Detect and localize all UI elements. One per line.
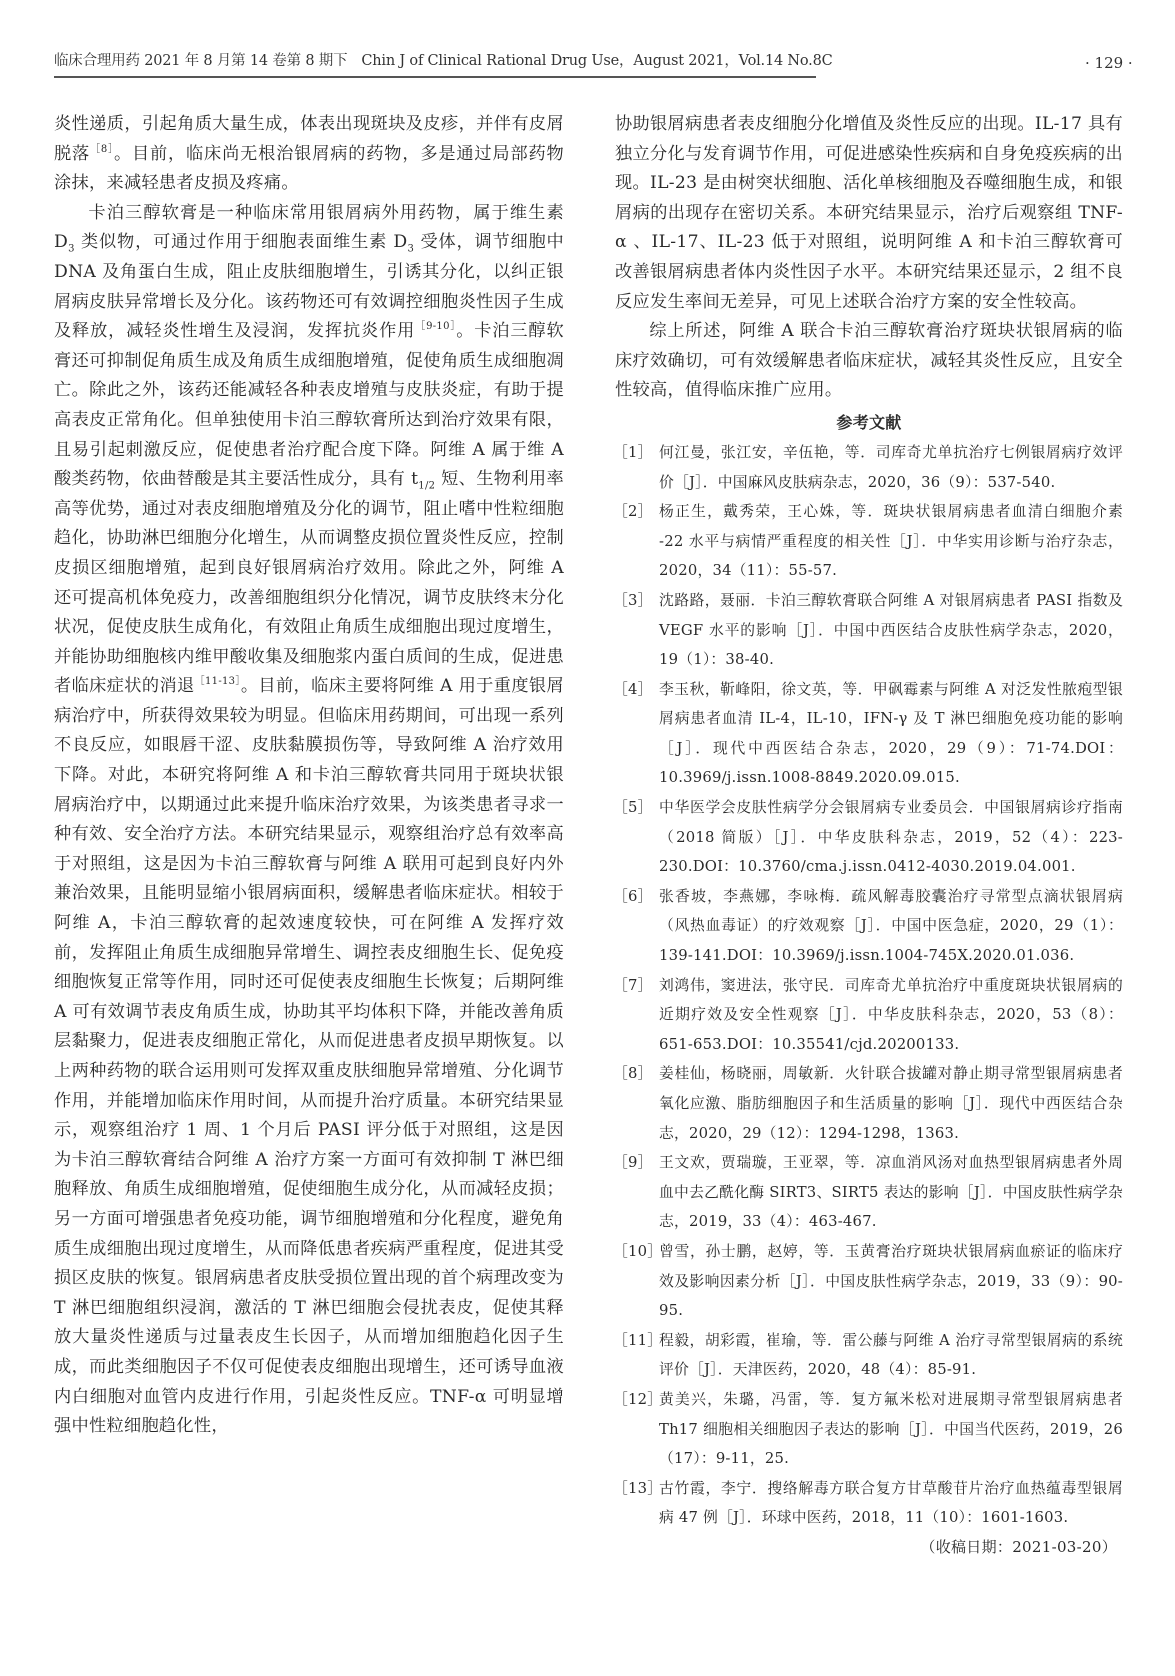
left-column: 炎性递质，引起角质大量生成，体表出现斑块及皮疹，并伴有皮屑脱落［8］。目前，临床…	[54, 110, 564, 1442]
reference-text: 沈路路，聂丽．卡泊三醇软膏联合阿维 A 对银屑病患者 PASI 指数及 VEGF…	[659, 592, 1123, 668]
received-date: （收稿日期：2021-03-20）	[615, 1533, 1123, 1561]
reference-number: ［12］	[613, 1385, 662, 1415]
reference-item: ［11］程毅，胡彩霞，崔瑜，等．雷公藤与阿维 A 治疗寻常型银屑病的系统评价［J…	[615, 1326, 1123, 1385]
reference-number: ［8］	[613, 1059, 653, 1089]
right-column: 协助银屑病患者表皮细胞分化增值及炎性反应的出现。IL-17 具有独立分化与发育调…	[615, 110, 1123, 1561]
paragraph-text: 。卡泊三醇软膏还可抑制促角质生成及角质生成细胞增殖，促使角质生成细胞凋亡。除此之…	[54, 321, 564, 489]
paragraph-text: 。目前，临床尚无根治银屑病的药物，多是通过局部药物涂抹，来减轻患者皮损及疼痛。	[54, 144, 564, 194]
reference-text: 李玉秋，靳峰阳，徐文英，等．甲砜霉素与阿维 A 对泛发性脓疱型银屑病患者血清 I…	[659, 681, 1123, 787]
paragraph-text: 。目前，临床主要将阿维 A 用于重度银屑病治疗中，所获得效果较为明显。但临床用药…	[54, 676, 564, 1436]
reference-number: ［2］	[613, 497, 653, 527]
reference-item: ［13］古竹霞，李宁．搜络解毒方联合复方甘草酸苷片治疗血热蕴毒型银屑病 47 例…	[615, 1474, 1123, 1533]
reference-number: ［11］	[613, 1326, 662, 1356]
subscript: 1/2	[418, 481, 435, 492]
subscript: 3	[68, 244, 75, 255]
reference-item: ［7］刘鸿伟，窦进法，张守民．司库奇尤单抗治疗中重度斑块状银屑病的近期疗效及安全…	[615, 971, 1123, 1060]
reference-number: ［5］	[613, 793, 653, 823]
page-number: · 129 ·	[1085, 54, 1133, 72]
body-paragraph: 协助银屑病患者表皮细胞分化增值及炎性反应的出现。IL-17 具有独立分化与发育调…	[615, 110, 1123, 317]
reference-item: ［12］黄美兴，朱璐，冯雷，等．复方氟米松对进展期寻常型银屑病患者 Th17 细…	[615, 1385, 1123, 1474]
reference-text: 何江曼，张江安，辛伍艳，等．司库奇尤单抗治疗七例银屑病疗效评价［J］．中国麻风皮…	[659, 444, 1123, 491]
body-paragraph: 炎性递质，引起角质大量生成，体表出现斑块及皮疹，并伴有皮屑脱落［8］。目前，临床…	[54, 110, 564, 199]
reference-text: 姜桂仙，杨晓丽，周敏新．火针联合拔罐对静止期寻常型银屑病患者氧化应激、脂肪细胞因…	[659, 1065, 1123, 1141]
reference-item: ［10］曾雪，孙士鹏，赵婷，等．玉黄膏治疗斑块状银屑病血瘀证的临床疗效及影响因素…	[615, 1237, 1123, 1326]
running-header: 临床合理用药 2021 年 8 月第 14 卷第 8 期下Chin J of C…	[54, 51, 816, 78]
reference-item: ［2］杨正生，戴秀荣，王心姝，等．斑块状银屑病患者血清白细胞介素 -22 水平与…	[615, 497, 1123, 586]
reference-number: ［6］	[613, 882, 653, 912]
paragraph-text: 类似物，可通过作用于细胞表面维生素 D	[75, 232, 408, 252]
references-title: 参考文献	[615, 408, 1123, 438]
reference-number: ［13］	[613, 1474, 662, 1504]
reference-item: ［1］何江曼，张江安，辛伍艳，等．司库奇尤单抗治疗七例银屑病疗效评价［J］．中国…	[615, 438, 1123, 497]
reference-number: ［7］	[613, 971, 653, 1001]
reference-text: 古竹霞，李宁．搜络解毒方联合复方甘草酸苷片治疗血热蕴毒型银屑病 47 例［J］．…	[659, 1480, 1123, 1527]
references-list: ［1］何江曼，张江安，辛伍艳，等．司库奇尤单抗治疗七例银屑病疗效评价［J］．中国…	[615, 438, 1123, 1533]
body-paragraph: 卡泊三醇软膏是一种临床常用银屑病外用药物，属于维生素 D3 类似物，可通过作用于…	[54, 199, 564, 1442]
reference-item: ［4］李玉秋，靳峰阳，徐文英，等．甲砜霉素与阿维 A 对泛发性脓疱型银屑病患者血…	[615, 675, 1123, 793]
journal-title-cn: 临床合理用药 2021 年 8 月第 14 卷第 8 期下	[54, 53, 347, 69]
paragraph-text: 协助银屑病患者表皮细胞分化增值及炎性反应的出现。IL-17 具有独立分化与发育调…	[615, 114, 1123, 312]
right-body-text: 协助银屑病患者表皮细胞分化增值及炎性反应的出现。IL-17 具有独立分化与发育调…	[615, 110, 1123, 406]
reference-item: ［8］姜桂仙，杨晓丽，周敏新．火针联合拔罐对静止期寻常型银屑病患者氧化应激、脂肪…	[615, 1059, 1123, 1148]
reference-text: 曾雪，孙士鹏，赵婷，等．玉黄膏治疗斑块状银屑病血瘀证的临床疗效及影响因素分析［J…	[659, 1243, 1123, 1319]
reference-text: 程毅，胡彩霞，崔瑜，等．雷公藤与阿维 A 治疗寻常型银屑病的系统评价［J］．天津…	[659, 1332, 1123, 1379]
reference-text: 张香坡，李燕娜，李咏梅．疏风解毒胶囊治疗寻常型点滴状银屑病（风热血毒证）的疗效观…	[659, 888, 1123, 964]
paragraph-text: 综上所述，阿维 A 联合卡泊三醇软膏治疗斑块状银屑病的临床疗效确切，可有效缓解患…	[615, 321, 1123, 400]
reference-number: ［9］	[613, 1148, 653, 1178]
citation-marker: ［9-10］	[415, 321, 456, 332]
reference-number: ［10］	[613, 1237, 662, 1267]
body-paragraph: 综上所述，阿维 A 联合卡泊三醇软膏治疗斑块状银屑病的临床疗效确切，可有效缓解患…	[615, 317, 1123, 406]
reference-text: 黄美兴，朱璐，冯雷，等．复方氟米松对进展期寻常型银屑病患者 Th17 细胞相关细…	[659, 1391, 1123, 1467]
reference-number: ［4］	[613, 675, 653, 705]
reference-number: ［3］	[613, 586, 653, 616]
reference-text: 杨正生，戴秀荣，王心姝，等．斑块状银屑病患者血清白细胞介素 -22 水平与病情严…	[659, 503, 1123, 579]
journal-title-en: Chin J of Clinical Rational Drug Use，Aug…	[361, 53, 832, 69]
citation-marker: ［8］	[90, 144, 114, 155]
reference-number: ［1］	[613, 438, 653, 468]
reference-item: ［9］王文欢，贾瑞璇，王亚翠，等．凉血消风汤对血热型银屑病患者外周血中去乙酰化酶…	[615, 1148, 1123, 1237]
reference-text: 刘鸿伟，窦进法，张守民．司库奇尤单抗治疗中重度斑块状银屑病的近期疗效及安全性观察…	[659, 977, 1123, 1053]
paragraph-text: 短、生物利用率高等优势，通过对表皮细胞增殖及分化的调节，阻止嗜中性粒细胞趋化，协…	[54, 469, 564, 696]
reference-text: 王文欢，贾瑞璇，王亚翠，等．凉血消风汤对血热型银屑病患者外周血中去乙酰化酶 SI…	[659, 1154, 1123, 1230]
citation-marker: ［11-13］	[195, 676, 241, 687]
reference-item: ［5］中华医学会皮肤性病学分会银屑病专业委员会．中国银屑病诊疗指南（2018 简…	[615, 793, 1123, 882]
reference-text: 中华医学会皮肤性病学分会银屑病专业委员会．中国银屑病诊疗指南（2018 简版）［…	[659, 799, 1123, 875]
reference-item: ［6］张香坡，李燕娜，李咏梅．疏风解毒胶囊治疗寻常型点滴状银屑病（风热血毒证）的…	[615, 882, 1123, 971]
reference-item: ［3］沈路路，聂丽．卡泊三醇软膏联合阿维 A 对银屑病患者 PASI 指数及 V…	[615, 586, 1123, 675]
